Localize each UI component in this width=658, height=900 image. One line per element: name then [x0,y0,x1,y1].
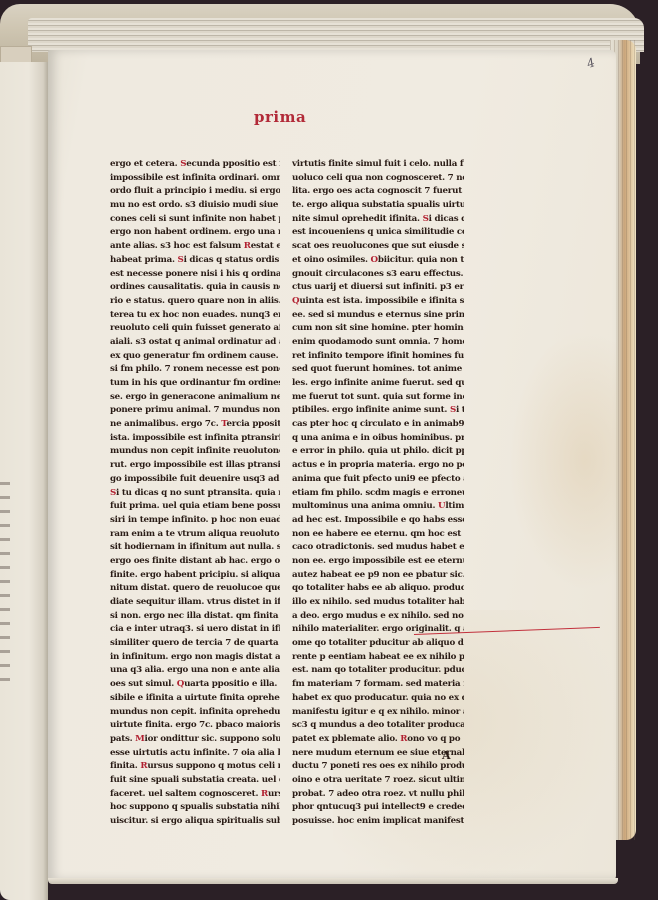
text-column-right: virtutis finite simul fuit i celo. nulla… [292,158,464,829]
rubricated-initial: R [244,241,251,251]
line-text: anima que fuit pfecto uni9 ee pfecto alt… [292,474,464,484]
line-text: ram enim a te vtrum aliqua reuoluto pces [110,529,280,539]
line-text: te. ergo aliqua substatia spualis uirtut… [292,200,464,210]
line-text: hoc suppono q spualis substatia nihil ol… [110,802,280,812]
line-text: ergo non habent ordinem. ergo una non e [110,227,280,237]
line-text: i dicas q status ordis no [184,255,280,265]
text-line: patet ex pblemate alio. Rono vo q po [292,733,464,747]
text-line: fm materiam 7 formam. sed materia non [292,678,464,692]
line-text: habeat prima. [110,255,178,265]
text-line: scat oes reuolucones que sut eiusde spec… [292,240,464,254]
text-line: a deo. ergo mudus e ex nihilo. sed non e… [292,610,464,624]
line-text: ista. impossibile est infinita ptransiri… [110,433,280,443]
text-line: ad hec est. Impossibile e qo habs esse p… [292,514,464,528]
text-line: nihilo materialiter. ergo originalit. q … [292,623,464,637]
line-text: est incoueniens q unica similitudie cogn… [292,227,464,237]
line-text: a deo. ergo mudus e ex nihilo. sed non e… [292,611,464,621]
text-line: aiali. s3 ostat q animal ordinatur ad ai… [110,336,280,350]
text-line: sit hodiernam in ifinitum aut nulla. si … [110,541,280,555]
text-line: caco otradictonis. sed mudus habet ee po… [292,541,464,555]
text-line: nite simul oprehedit ifinita. Si dicas q… [292,213,464,227]
text-line: lita. ergo oes acta cognoscit 7 fuerut i… [292,185,464,199]
line-text: siri in tempe infinito. p hoc non euades… [110,515,280,525]
line-text: biicitur. quia non tm co [378,255,464,265]
text-line: ctus uarij et diuersi sut infiniti. p3 e… [292,281,464,295]
text-line: oino e otra ueritate 7 roez. sicut ultim… [292,774,464,788]
rubricated-initial: Q [177,679,184,689]
text-line: et oino osimiles. Obiicitur. quia non tm… [292,254,464,268]
line-text: est necesse ponere nisi i his q ordinant… [110,269,280,279]
text-line: ergo oes finite distant ab hac. ergo oes… [110,555,280,569]
line-text: mundus non cepit. infinita oprehedutur a [110,707,280,717]
line-text: mu no est ordo. s3 diuisio mudi siue reu… [110,200,280,210]
line-text: non ee habere ee eternu. qm hoc est impl… [292,529,464,539]
line-text: cones celi si sunt infinite non habet pr… [110,214,280,224]
line-text: finite. ergo habent pricipiu. si aliqua … [110,570,280,580]
signature-mark: A [442,749,451,762]
line-text: nitum distat. quero de reuolucoe que ime [110,583,280,593]
line-text: ne animalibus. ergo 7c. [110,419,221,429]
text-line: ptibiles. ergo infinite anime sunt. Si t… [292,404,464,418]
line-text: virtutis finite simul fuit i celo. nulla… [292,159,464,169]
text-line: e error in philo. quia ut philo. dicit p… [292,445,464,459]
line-text: impossibile est infinita ordinari. omnis… [110,173,280,183]
running-head: prima [254,108,306,126]
text-line: anima que fuit pfecto uni9 ee pfecto alt… [292,473,464,487]
line-text: patet ex pblemate alio. [292,734,400,744]
text-line: sc3 q mundus a deo totaliter producatur [292,719,464,733]
line-text: ante alias. s3 hoc est falsum [110,241,244,251]
line-text: finita. [110,761,140,771]
line-text: posuisse. hoc enim implicat manifestam [292,816,464,826]
page-bottom-edge [48,878,618,884]
text-line: gnouit circulacones s3 earu effectus. et… [292,268,464,282]
text-line: sibile e ifinita a uirtute finita oprehe… [110,692,280,706]
text-line: q una anima e in oibus hominibus. primum [292,432,464,446]
text-line: tum in his que ordinantur fm ordines cau [110,377,280,391]
text-line: finita. Rursus suppono q motus celi nuq3 [110,760,280,774]
text-line: mundus non cepit infinite reuolutones fu… [110,445,280,459]
line-text: me fuerut tot sunt. quia sut forme incor… [292,392,464,402]
text-line: se. ergo in generacone animalium necesse… [110,391,280,405]
text-line: diate sequitur illam. vtrus distet in if… [110,596,280,610]
text-line: habeat prima. Si dicas q status ordis no [110,254,280,268]
text-line: uirtute finita. ergo 7c. pbaco maioris p… [110,719,280,733]
line-text: caco otradictonis. sed mudus habet ee po… [292,542,464,552]
text-line: ret infinito tempore ifinit homines fuer… [292,350,464,364]
line-text: ctus uarij et diuersi sut infiniti. p3 e… [292,282,464,292]
line-text: ponere primu animal. 7 mundus non fuit s… [110,405,280,415]
line-text: ltima ro [445,501,464,511]
line-text: ono vo q po [407,734,460,744]
text-line: ponere primu animal. 7 mundus non fuit s… [110,404,280,418]
line-text: diate sequitur illam. vtrus distet in if… [110,597,280,607]
line-text: qo totaliter habs ee ab aliquo. producit… [292,583,464,593]
line-text: et oino osimiles. [292,255,371,265]
line-text: phor qntucuq3 pui intellect9 e credeo ho… [292,802,464,812]
text-line: ista. impossibile est infinita ptransiri… [110,432,280,446]
line-text: i tu dicas q no sunt ptransita. quia nul… [116,488,280,498]
line-text: ee. sed si mundus e eternus sine princip… [292,310,464,320]
text-line: fuit prima. uel quia etiam bene possut t… [110,500,280,514]
text-line: manifestu igitur e q ex nihilo. minor au… [292,706,464,720]
text-line: etiam fm philo. scdm magis e erroneu. qa [292,487,464,501]
line-text: e error in philo. quia ut philo. dicit p… [292,446,464,456]
rubricated-initial: R [261,789,268,799]
text-line: una q3 alia. ergo una non e ante alia. e… [110,664,280,678]
line-text: oino e otra ueritate 7 roez. sicut ultim… [292,775,464,785]
line-text: uinta est ista. impossibile e ifinita si… [299,296,464,306]
text-line: mu no est ordo. s3 diuisio mudi siue reu… [110,199,280,213]
text-line: oes sut simul. Quarta ppositio e illa. i… [110,678,280,692]
line-text: una q3 alia. ergo una non e ante alia. e… [110,665,280,675]
text-line: cones celi si sunt infinite non habet pr… [110,213,280,227]
text-line: terea tu ex hoc non euades. nunq3 eni fu… [110,309,280,323]
line-text: uarta ppositio e illa. ipos [184,679,280,689]
text-line: ex quo generatur fm ordinem cause. ergo [110,350,280,364]
text-line: cas pter hoc q circulato e in animab9. u… [292,418,464,432]
line-text: uiscitur. si ergo aliqua spiritualis sub… [110,816,280,826]
line-text: ior ondittur sic. suppono solu deu [145,734,280,744]
line-text: terea tu ex hoc non euades. nunq3 eni fu… [110,310,280,320]
text-line: faceret. uel saltem cognosceret. Rursu e… [110,788,280,802]
text-line: ome qo totaliter pducitur ab aliquo diff… [292,637,464,651]
text-line: Quinta est ista. impossibile e ifinita s… [292,295,464,309]
line-text: si fm philo. 7 ronem necesse est ponere … [110,364,280,374]
line-text: sit hodiernam in ifinitum aut nulla. si … [110,542,280,552]
left-page-fragment [0,62,48,900]
line-text: sibile e ifinita a uirtute finita oprehe… [110,693,280,703]
text-line: esse uirtutis actu infinite. 7 oia alia … [110,747,280,761]
line-text: lita. ergo oes acta cognoscit 7 fuerut i… [292,186,464,196]
text-line: ee. sed si mundus e eternus sine princip… [292,309,464,323]
line-text: ursu etia [268,789,280,799]
line-text: rente p eentiam habeat ee ex nihilo pate… [292,652,464,662]
line-text: ret infinito tempore ifinit homines fuer… [292,351,464,361]
line-text: cas pter hoc q circulato e in animab9. u… [292,419,464,429]
text-line: mundus non cepit. infinita oprehedutur a [110,706,280,720]
line-text: go impossibile fuit deuenire usq3 ad han… [110,474,280,484]
line-text: fm materiam 7 formam. sed materia non [292,679,464,689]
foxing-stain [508,330,618,590]
line-text: multominus una anima omniu. [292,501,438,511]
text-line: illo ex nihilo. sed mudus totaliter habs… [292,596,464,610]
text-line: multominus una anima omniu. Ultima ro [292,500,464,514]
line-text: ergo et cetera. [110,159,180,169]
text-line: go impossibile fuit deuenire usq3 ad han… [110,473,280,487]
line-text: mundus non cepit infinite reuolutones fu… [110,446,280,456]
line-text: pats. [110,734,135,744]
text-line: rut. ergo impossibile est illas ptransir… [110,459,280,473]
line-text: actus e in propria materia. ergo no pote… [292,460,464,470]
rubricated-initial: M [135,734,144,744]
line-text: estat ergo q [251,241,280,251]
text-line: sed quot fuerunt homines. tot anime rona [292,363,464,377]
line-text: reuoluto celi quin fuisset generato aial… [110,323,280,333]
left-page-text-bleed [0,482,10,682]
text-line: si non. ergo nec illa distat. qm finita … [110,610,280,624]
line-text: les. ergo infinite anime fuerut. sed quo… [292,378,464,388]
line-text: ursus suppono q motus celi nuq3 [147,761,280,771]
text-line: te. ergo aliqua substatia spualis uirtut… [292,199,464,213]
text-line: non ee. ergo impossibile est ee eternum.… [292,555,464,569]
line-text: cum non sit sine homine. pter hominem [292,323,464,333]
text-line: hoc suppono q spualis substatia nihil ol… [110,801,280,815]
text-line: phor qntucuq3 pui intellect9 e credeo ho… [292,801,464,815]
text-line: probat. 7 adeo otra roez. vt nullu philo… [292,788,464,802]
line-text: gnouit circulacones s3 earu effectus. et… [292,269,464,279]
line-text: se. ergo in generacone animalium necesse… [110,392,280,402]
line-text: fuit sine spuali substatia creata. uel q… [110,775,280,785]
line-text: i tu di [456,405,464,415]
rubricated-initial: O [371,255,378,265]
text-line: posuisse. hoc enim implicat manifestam [292,815,464,829]
text-line: siri in tempe infinito. p hoc non euades… [110,514,280,528]
line-text: cia e inter utraq3. si uero distat in if… [110,624,280,634]
line-text: ordo fluit a principio i mediu. si ergo … [110,186,280,196]
text-line: ne animalibus. ergo 7c. Tercia ppositio … [110,418,280,432]
text-line: me fuerut tot sunt. quia sut forme incor… [292,391,464,405]
line-text: similiter quero de tercia 7 de quarta 7 … [110,638,280,648]
text-line: similiter quero de tercia 7 de quarta 7 … [110,637,280,651]
text-line: si fm philo. 7 ronem necesse est ponere … [110,363,280,377]
line-text: uoluco celi qua non cognosceret. 7 no e … [292,173,464,183]
line-text: probat. 7 adeo otra roez. vt nullu philo… [292,789,464,799]
line-text: ecunda ppositio est ista. [186,159,280,169]
text-line: actus e in propria materia. ergo no pote… [292,459,464,473]
line-text: faceret. uel saltem cognosceret. [110,789,261,799]
text-line: est. nam qo totaliter producitur. pducit… [292,664,464,678]
line-text: scat oes reuolucones que sut eiusde spec… [292,241,464,251]
text-line: les. ergo infinite anime fuerut. sed quo… [292,377,464,391]
line-text: nere mudum eternum ee siue eternaliter p [292,748,464,758]
line-text: ex quo generatur fm ordinem cause. ergo [110,351,280,361]
line-text: ordines causalitatis. quia in causis nec… [110,282,280,292]
line-text: rio e status. quero quare non in aliis. [110,296,280,306]
line-text: in infinitum. ergo non magis distat ab h… [110,652,280,662]
line-text: enim quodamodo sunt omnia. 7 homo du [292,337,464,347]
text-line: virtutis finite simul fuit i celo. nulla… [292,158,464,172]
line-text: oes sut simul. [110,679,177,689]
line-text: fuit prima. uel quia etiam bene possut t… [110,501,280,511]
line-text: uirtute finita. ergo 7c. pbaco maioris p… [110,720,280,730]
line-text: ome qo totaliter pducitur ab aliquo diff… [292,638,464,648]
text-line: cum non sit sine homine. pter hominem [292,322,464,336]
text-line: autez habeat ee p9 non ee pbatur sic. om… [292,569,464,583]
text-line: habet ex quo producatur. quia no ex deo. [292,692,464,706]
line-text: illo ex nihilo. sed mudus totaliter habs… [292,597,464,607]
text-line: enim quodamodo sunt omnia. 7 homo du [292,336,464,350]
text-line: est necesse ponere nisi i his q ordinant… [110,268,280,282]
line-text: si non. ergo nec illa distat. qm finita … [110,611,280,621]
text-line: fuit sine spuali substatia creata. uel q… [110,774,280,788]
text-line: rente p eentiam habeat ee ex nihilo pate… [292,651,464,665]
text-line: ergo non habent ordinem. ergo una non e [110,226,280,240]
text-line: non ee habere ee eternu. qm hoc est impl… [292,528,464,542]
line-text: ductu 7 poneti res oes ex nihilo product… [292,761,464,771]
line-text: ptibiles. ergo infinite anime sunt. [292,405,450,415]
line-text: autez habeat ee p9 non ee pbatur sic. om… [292,570,464,580]
line-text: rut. ergo impossibile est illas ptransir… [110,460,280,470]
line-text: est. nam qo totaliter producitur. pducit… [292,665,464,675]
line-text: ercia ppositio e [226,419,280,429]
line-text: manifestu igitur e q ex nihilo. minor au… [292,707,464,717]
text-line: rio e status. quero quare non in aliis. … [110,295,280,309]
line-text: non ee. ergo impossibile est ee eternum.… [292,556,464,566]
line-text: etiam fm philo. scdm magis e erroneu. qa [292,488,464,498]
text-line: impossibile est infinita ordinari. omnis… [110,172,280,186]
line-text: q una anima e in oibus hominibus. primum [292,433,464,443]
line-text: ergo oes finite distant ab hac. ergo oes… [110,556,280,566]
line-text: tum in his que ordinantur fm ordines cau [110,378,280,388]
text-line: cia e inter utraq3. si uero distat in if… [110,623,280,637]
text-line: est incoueniens q unica similitudie cogn… [292,226,464,240]
text-line: nitum distat. quero de reuolucoe que ime [110,582,280,596]
text-line: uiscitur. si ergo aliqua spiritualis sub… [110,815,280,829]
line-text: aiali. s3 ostat q animal ordinatur ad ai… [110,337,280,347]
text-line: uoluco celi qua non cognosceret. 7 no e … [292,172,464,186]
text-line: in infinitum. ergo non magis distat ab h… [110,651,280,665]
line-text: nite simul oprehedit ifinita. [292,214,423,224]
line-text: sc3 q mundus a deo totaliter producatur [292,720,464,730]
line-text: esse uirtutis actu infinite. 7 oia alia … [110,748,280,758]
text-line: pats. Mior ondittur sic. suppono solu de… [110,733,280,747]
line-text: habet ex quo producatur. quia no ex deo. [292,693,464,703]
text-line: ante alias. s3 hoc est falsum Restat erg… [110,240,280,254]
text-column-left: ergo et cetera. Secunda ppositio est ist… [110,158,280,829]
text-line: ergo et cetera. Secunda ppositio est ist… [110,158,280,172]
text-line: ductu 7 poneti res oes ex nihilo product… [292,760,464,774]
line-text: sed quot fuerunt homines. tot anime rona [292,364,464,374]
text-line: reuoluto celi quin fuisset generato aial… [110,322,280,336]
line-text: i dicas q no [429,214,464,224]
text-line: finite. ergo habent pricipiu. si aliqua … [110,569,280,583]
text-line: qo totaliter habs ee ab aliquo. producit… [292,582,464,596]
text-line: ordines causalitatis. quia in causis nec… [110,281,280,295]
page-stack-edge [28,18,644,52]
text-line: ram enim a te vtrum aliqua reuoluto pces [110,528,280,542]
text-line: Si tu dicas q no sunt ptransita. quia nu… [110,487,280,501]
text-line: ordo fluit a principio i mediu. si ergo … [110,185,280,199]
line-text: ad hec est. Impossibile e qo habs esse p… [292,515,464,525]
text-line: nere mudum eternum ee siue eternaliter p [292,747,464,761]
